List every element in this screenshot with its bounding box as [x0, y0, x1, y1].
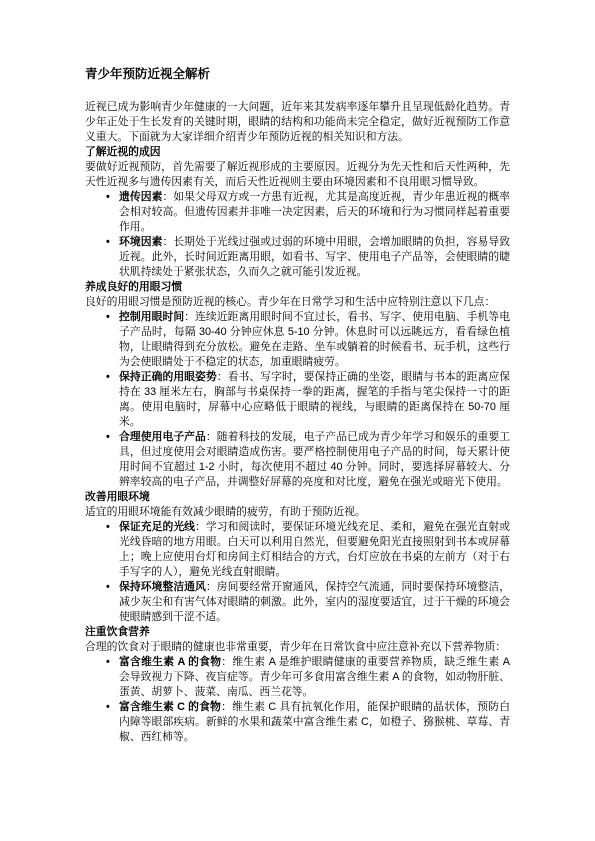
bullet-label: 保证充足的光线 — [119, 521, 195, 533]
bullet-label: 遗传因素 — [119, 191, 162, 203]
bullet-list: •富含维生素 A 的食物：维生素 A 是维护眼睛健康的重要营养物质，缺乏维生素 … — [85, 655, 510, 745]
document-title: 青少年预防近视全解析 — [85, 67, 510, 82]
bullet-label: 富含维生素 A 的食物 — [119, 656, 221, 668]
section-lead: 要做好近视预防，首先需要了解近视形成的主要原因。近视分为先天性和后天性两种，先天… — [85, 160, 510, 190]
bullet-label: 环境因素 — [119, 236, 162, 248]
document-page: 青少年预防近视全解析 近视已成为影响青少年健康的一大问题，近年来其发病率逐年攀升… — [0, 0, 595, 841]
list-item: •合理使用电子产品：随着科技的发展，电子产品已成为青少年学习和娱乐的重要工具，但… — [85, 430, 510, 490]
bullet-icon: • — [106, 370, 110, 385]
bullet-list: •保证充足的光线：学习和阅读时，要保证环境光线充足、柔和，避免在强光直射或光线昏… — [85, 520, 510, 625]
list-item: •保持环境整洁通风：房间要经常开窗通风，保持空气流通，同时要保持环境整洁，减少灰… — [85, 580, 510, 625]
list-item: •遗传因素：如果父母双方或一方患有近视，尤其是高度近视，青少年患近视的概率会相对… — [85, 190, 510, 235]
bullet-text: ：如果父母双方或一方患有近视，尤其是高度近视，青少年患近视的概率会相对较高。但遗… — [119, 191, 510, 233]
bullet-label: 保持正确的用眼姿势 — [119, 371, 217, 383]
section-heading-nutrition: 注重饮食营养 — [85, 625, 510, 640]
section-heading-causes: 了解近视的成因 — [85, 145, 510, 160]
bullet-list: •控制用眼时间：连续近距离用眼时间不宜过长，看书、写字、使用电脑、手机等电子产品… — [85, 310, 510, 490]
section-lead: 良好的用眼习惯是预防近视的核心。青少年在日常学习和生活中应特别注意以下几点： — [85, 295, 510, 310]
bullet-icon: • — [106, 700, 110, 715]
list-item: •保持正确的用眼姿势：看书、写字时，要保持正确的坐姿，眼睛与书本的距离应保持在 … — [85, 370, 510, 430]
bullet-list: •遗传因素：如果父母双方或一方患有近视，尤其是高度近视，青少年患近视的概率会相对… — [85, 190, 510, 280]
bullet-icon: • — [106, 580, 110, 595]
bullet-icon: • — [106, 520, 110, 535]
bullet-text: ：长期处于光线过强或过弱的环境中用眼，会增加眼睛的负担，容易导致近视。此外，长时… — [119, 236, 510, 278]
section-heading-habits: 养成良好的用眼习惯 — [85, 280, 510, 295]
section-lead: 适宜的用眼环境能有效减少眼睛的疲劳，有助于预防近视。 — [85, 505, 510, 520]
section-lead: 合理的饮食对于眼睛的健康也非常重要，青少年在日常饮食中应注意补充以下营养物质： — [85, 640, 510, 655]
bullet-icon: • — [106, 190, 110, 205]
bullet-label: 富含维生素 C 的食物 — [119, 701, 221, 713]
section-heading-environment: 改善用眼环境 — [85, 490, 510, 505]
list-item: •环境因素：长期处于光线过强或过弱的环境中用眼，会增加眼睛的负担，容易导致近视。… — [85, 235, 510, 280]
bullet-icon: • — [106, 235, 110, 250]
bullet-icon: • — [106, 430, 110, 445]
list-item: •控制用眼时间：连续近距离用眼时间不宜过长，看书、写字、使用电脑、手机等电子产品… — [85, 310, 510, 370]
list-item: •富含维生素 C 的食物：维生素 C 具有抗氧化作用，能保护眼睛的晶状体，预防白… — [85, 700, 510, 745]
bullet-label: 保持环境整洁通风 — [119, 581, 206, 593]
bullet-icon: • — [106, 655, 110, 670]
bullet-label: 控制用眼时间 — [119, 311, 184, 323]
bullet-label: 合理使用电子产品 — [119, 431, 206, 443]
list-item: •保证充足的光线：学习和阅读时，要保证环境光线充足、柔和，避免在强光直射或光线昏… — [85, 520, 510, 580]
bullet-icon: • — [106, 310, 110, 325]
intro-paragraph: 近视已成为影响青少年健康的一大问题，近年来其发病率逐年攀升且呈现低龄化趋势。青少… — [85, 100, 510, 145]
list-item: •富含维生素 A 的食物：维生素 A 是维护眼睛健康的重要营养物质，缺乏维生素 … — [85, 655, 510, 700]
